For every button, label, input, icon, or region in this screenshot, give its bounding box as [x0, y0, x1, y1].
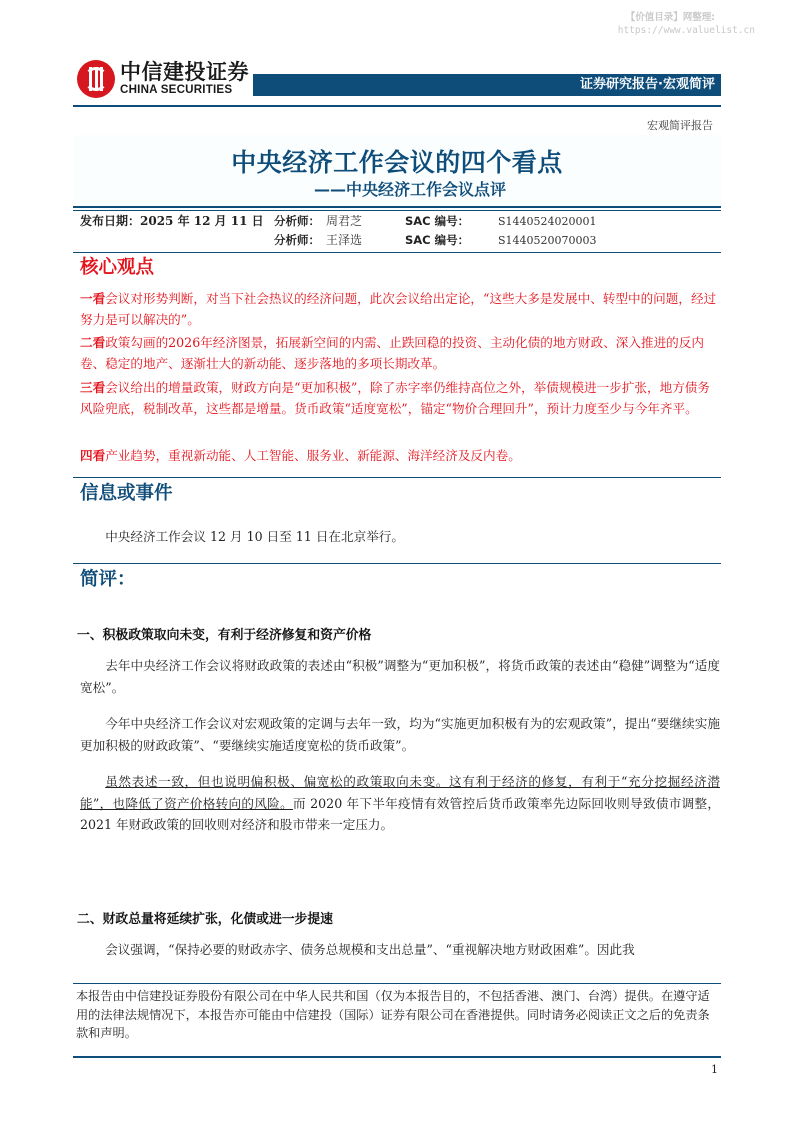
- core-view-item: 一看会议对形势判断，对当下社会热议的经济问题，此次会议给出定论，“这些大多是发展…: [80, 289, 720, 330]
- core-view-lead: 一看: [80, 291, 105, 306]
- analyst-name: 王泽选: [326, 231, 362, 250]
- body-paragraph: 去年中央经济工作会议将财政政策的表述由“积极”调整为“更加积极”，将货币政策的表…: [80, 655, 720, 698]
- sac-label: SAC 编号：: [405, 231, 469, 250]
- core-views-heading: 核心观点: [80, 256, 154, 280]
- body-paragraph: 虽然表述一致，但也说明偏积极、偏宽松的政策取向未变。这有利于经济的修复，有利于“…: [80, 771, 720, 836]
- core-view-text: 会议给出的增量政策，财政方向是“更加积极”，除了赤字率仍维持高位之外，举债规模进…: [80, 380, 710, 416]
- core-view-lead: 三看: [80, 380, 105, 395]
- core-view-item: 二看政策勾画的2026年经济图景，拓展新空间的内需、止跌回稳的投资、主动化债的地…: [80, 333, 720, 374]
- analyst-label: 分析师：: [274, 231, 320, 250]
- comment-heading: 简评：: [80, 568, 136, 592]
- sac-code: S1440524020001: [498, 212, 597, 231]
- body-paragraph: 今年中央经济工作会议对宏观政策的定调与去年一致，均为“实施更加积极有为的宏观政策…: [80, 713, 720, 756]
- event-heading: 信息或事件: [80, 482, 173, 506]
- analyst-row: 发布日期：2025 年 12 月 11 日 分析师： 周君芝 SAC 编号： S…: [80, 212, 720, 231]
- core-view-item: 四看产业趋势，重视新动能、人工智能、服务业、新能源、海洋经济及反内卷。: [80, 446, 720, 467]
- page-title: 中央经济工作会议的四个看点: [73, 135, 721, 179]
- core-view-item: 三看会议给出的增量政策，财政方向是“更加积极”，除了赤字率仍维持高位之外，举债规…: [80, 378, 720, 419]
- report-type-label: 宏观简评报告: [647, 117, 713, 133]
- logo-en-text: CHINA SECURITIES: [120, 83, 249, 97]
- report-category-banner: 证券研究报告·宏观简评: [253, 74, 721, 96]
- section-divider: [73, 563, 721, 564]
- footer-divider-bottom: [73, 1056, 721, 1058]
- core-view-lead: 四看: [80, 448, 105, 463]
- watermark-url: https://www.valuelist.cn: [618, 24, 755, 37]
- citic-logo-icon: [77, 60, 115, 98]
- title-divider-thin: [73, 210, 721, 211]
- section-title: 二、财政总量将延续扩张，化债或进一步提速: [77, 908, 333, 927]
- analyst-label: 分析师：: [274, 212, 320, 231]
- body-paragraph: 会议强调，“保持必要的财政赤字、债务总规模和支出总量”、“重视解决地方财政困难”…: [80, 939, 720, 961]
- core-view-text: 产业趋势，重视新动能、人工智能、服务业、新能源、海洋经济及反内卷。: [105, 448, 521, 463]
- section-divider: [73, 477, 721, 478]
- report-header: 中信建投证券 CHINA SECURITIES 证券研究报告·宏观简评: [73, 58, 721, 106]
- logo-cn-text: 中信建投证券: [120, 61, 249, 83]
- watermark: 【价值目录】网整理: https://www.valuelist.cn: [618, 11, 755, 37]
- footer-disclaimer: 本报告由中信建投证券股份有限公司在中华人民共和国（仅为本报告目的，不包括香港、澳…: [76, 987, 721, 1043]
- analyst-row: 分析师： 王泽选 SAC 编号： S1440520070003: [80, 231, 720, 250]
- core-view-text: 政策勾画的2026年经济图景，拓展新空间的内需、止跌回稳的投资、主动化债的地方财…: [80, 335, 704, 371]
- company-logo: 中信建投证券 CHINA SECURITIES: [77, 60, 249, 98]
- sac-label: SAC 编号：: [405, 212, 469, 231]
- report-meta: 发布日期：2025 年 12 月 11 日 分析师： 周君芝 SAC 编号： S…: [80, 212, 720, 250]
- page-number: 1: [711, 1063, 718, 1076]
- meta-divider: [73, 252, 721, 253]
- title-divider: [73, 206, 721, 208]
- watermark-title: 【价值目录】网整理:: [618, 11, 755, 24]
- event-text: 中央经济工作会议 12 月 10 日至 11 日在北京举行。: [80, 526, 720, 548]
- core-view-text: 会议对形势判断，对当下社会热议的经济问题，此次会议给出定论，“这些大多是发展中、…: [80, 291, 716, 327]
- title-block: 中央经济工作会议的四个看点 ——中央经济工作会议点评: [73, 135, 721, 207]
- page-subtitle: ——中央经济工作会议点评: [99, 179, 721, 201]
- section-title: 一、积极政策取向未变，有利于经济修复和资产价格: [77, 624, 371, 643]
- footer-divider: [73, 983, 721, 984]
- header-divider: [73, 105, 721, 107]
- publish-date: 发布日期：2025 年 12 月 11 日: [80, 212, 264, 231]
- core-view-lead: 二看: [80, 335, 105, 350]
- sac-code: S1440520070003: [498, 231, 597, 250]
- analyst-name: 周君芝: [326, 212, 362, 231]
